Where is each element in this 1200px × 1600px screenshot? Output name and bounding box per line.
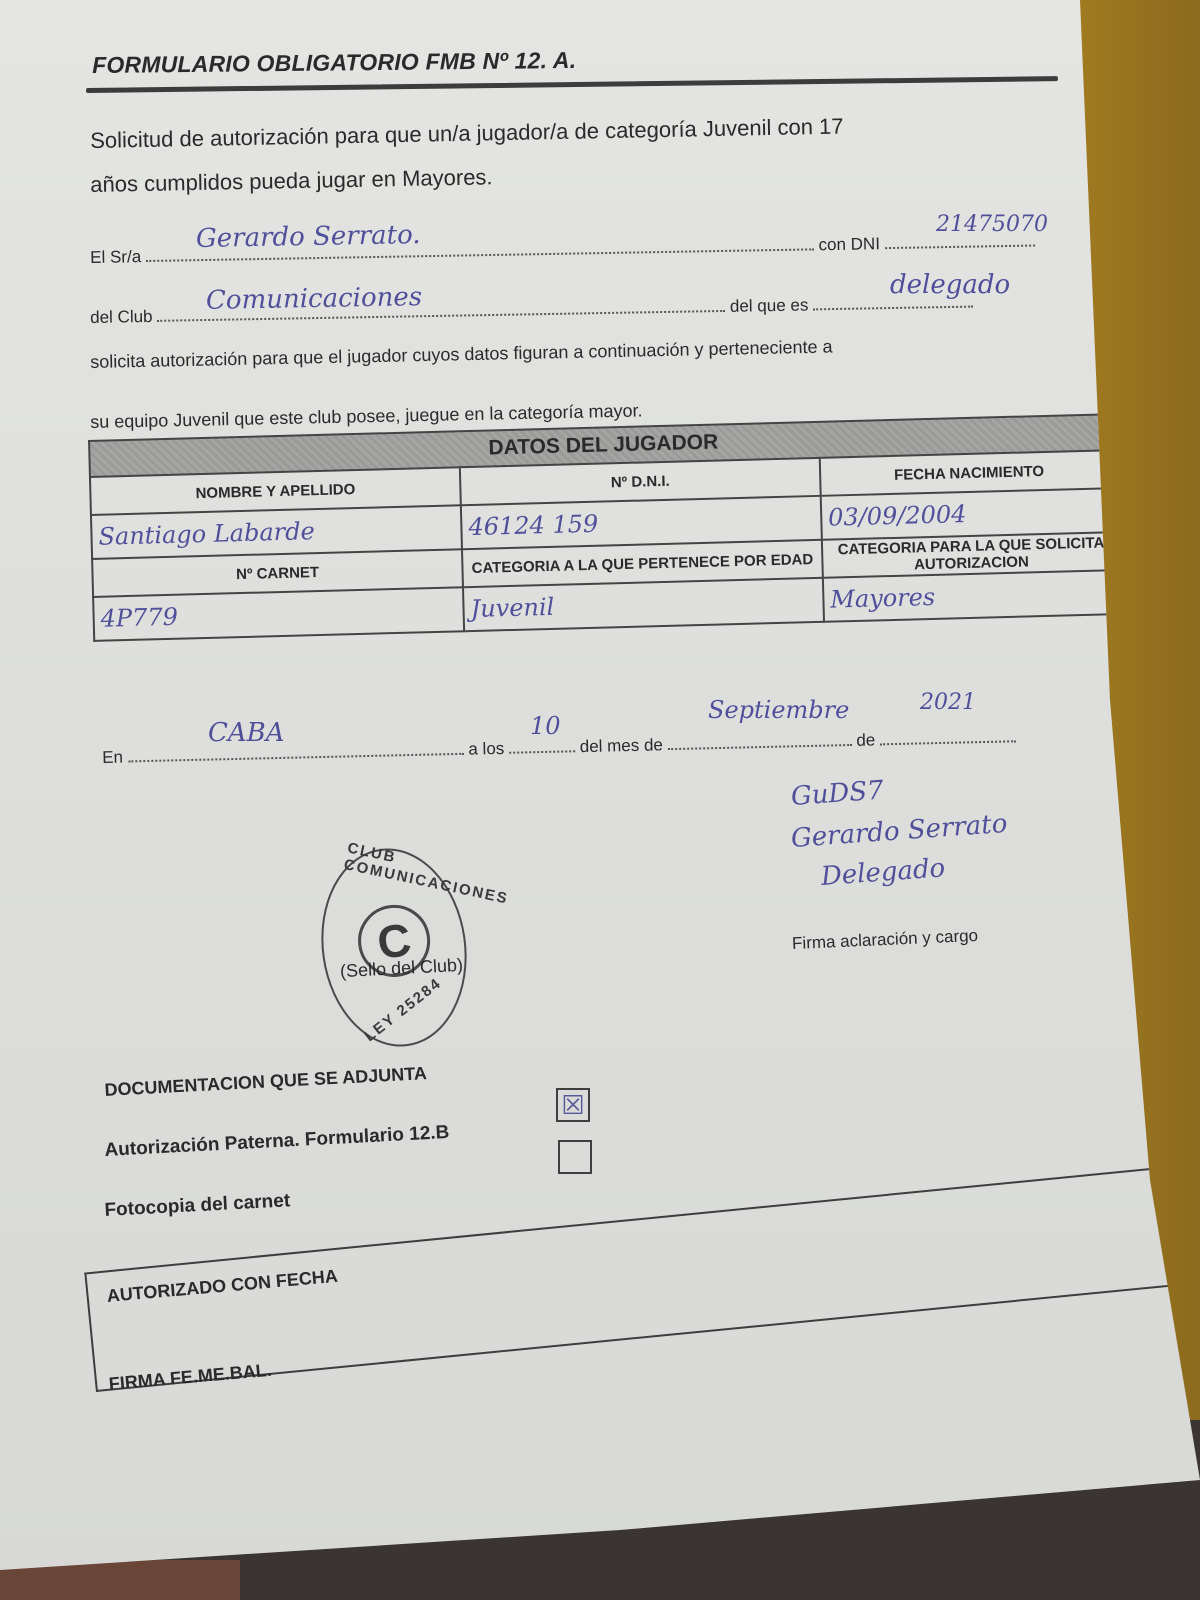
label-month: del mes de: [580, 735, 664, 756]
role-field-line[interactable]: [813, 305, 973, 311]
dni-value[interactable]: 21475070: [936, 212, 1048, 237]
label-dni: con DNI: [818, 234, 880, 254]
doc-item-paternal-auth: Autorización Paterna. Formulario 12.B: [104, 1122, 450, 1162]
label-role: del que es: [730, 295, 809, 315]
paper-form: FORMULARIO OBLIGATORIO FMB Nº 12. A. Sol…: [0, 0, 1200, 1600]
role-value[interactable]: delegado: [890, 270, 1010, 300]
club-value[interactable]: Comunicaciones: [206, 282, 423, 316]
cell-carnet[interactable]: 4P779: [93, 587, 464, 641]
label-en: En: [102, 748, 123, 767]
place-value[interactable]: CABA: [208, 718, 285, 748]
signature-role: Delegado: [820, 853, 946, 892]
checkbox-paternal-auth[interactable]: ☒: [556, 1088, 590, 1122]
cell-player-birthdate[interactable]: 03/09/2004: [821, 488, 1120, 540]
seal-ring-bottom: LEY 25284: [361, 975, 445, 1046]
dni-field-line[interactable]: [885, 244, 1035, 250]
year-value[interactable]: 2021: [920, 690, 976, 715]
category-age-value: Juvenil: [470, 593, 554, 623]
cell-category-age[interactable]: Juvenil: [463, 578, 824, 631]
intro-line-1: Solicitud de autorización para que un/a …: [90, 114, 844, 154]
doc-item-carnet-copy: Fotocopia del carnet: [104, 1190, 291, 1222]
title-rule: [86, 76, 1058, 93]
label-year: de: [856, 730, 875, 749]
cell-category-request[interactable]: Mayores: [823, 570, 1122, 622]
month-field-line[interactable]: [668, 743, 852, 750]
signature-scribble: GuDS7: [790, 776, 885, 812]
month-value[interactable]: Septiembre: [708, 696, 849, 724]
day-field-line[interactable]: [509, 749, 575, 753]
place-field-line[interactable]: [128, 752, 464, 763]
form-title: FORMULARIO OBLIGATORIO FMB Nº 12. A.: [92, 47, 576, 79]
player-name-value: Santiago Labarde: [98, 517, 315, 551]
documentation-heading: DOCUMENTACION QUE SE ADJUNTA: [104, 1063, 427, 1101]
carnet-value: 4P779: [100, 603, 178, 633]
player-data-table: DATOS DEL JUGADOR NOMBRE Y APELLIDO Nº D…: [88, 413, 1124, 700]
signature-label: Firma aclaración y cargo: [792, 926, 979, 954]
signature-name: Gerardo Serrato: [790, 809, 1008, 854]
club-seal: C CLUB COMUNICACIONES LEY 25284: [309, 839, 479, 1056]
intro-line-2: años cumplidos pueda jugar en Mayores.: [90, 164, 493, 198]
player-birthdate-value: 03/09/2004: [828, 500, 967, 532]
day-value[interactable]: 10: [530, 712, 561, 740]
checkbox-carnet-copy[interactable]: [558, 1140, 592, 1174]
player-dni-value: 46124 159: [468, 510, 598, 541]
label-name: El Sr/a: [90, 247, 141, 267]
name-value[interactable]: Gerardo Serrato.: [196, 220, 421, 254]
body-line-1: solicita autorización para que el jugado…: [90, 336, 833, 373]
label-day: a los: [468, 739, 504, 759]
category-request-value: Mayores: [830, 583, 936, 614]
year-field-line[interactable]: [880, 739, 1016, 745]
label-club: del Club: [90, 307, 153, 327]
seal-ring-top: CLUB COMUNICACIONES: [342, 839, 513, 907]
